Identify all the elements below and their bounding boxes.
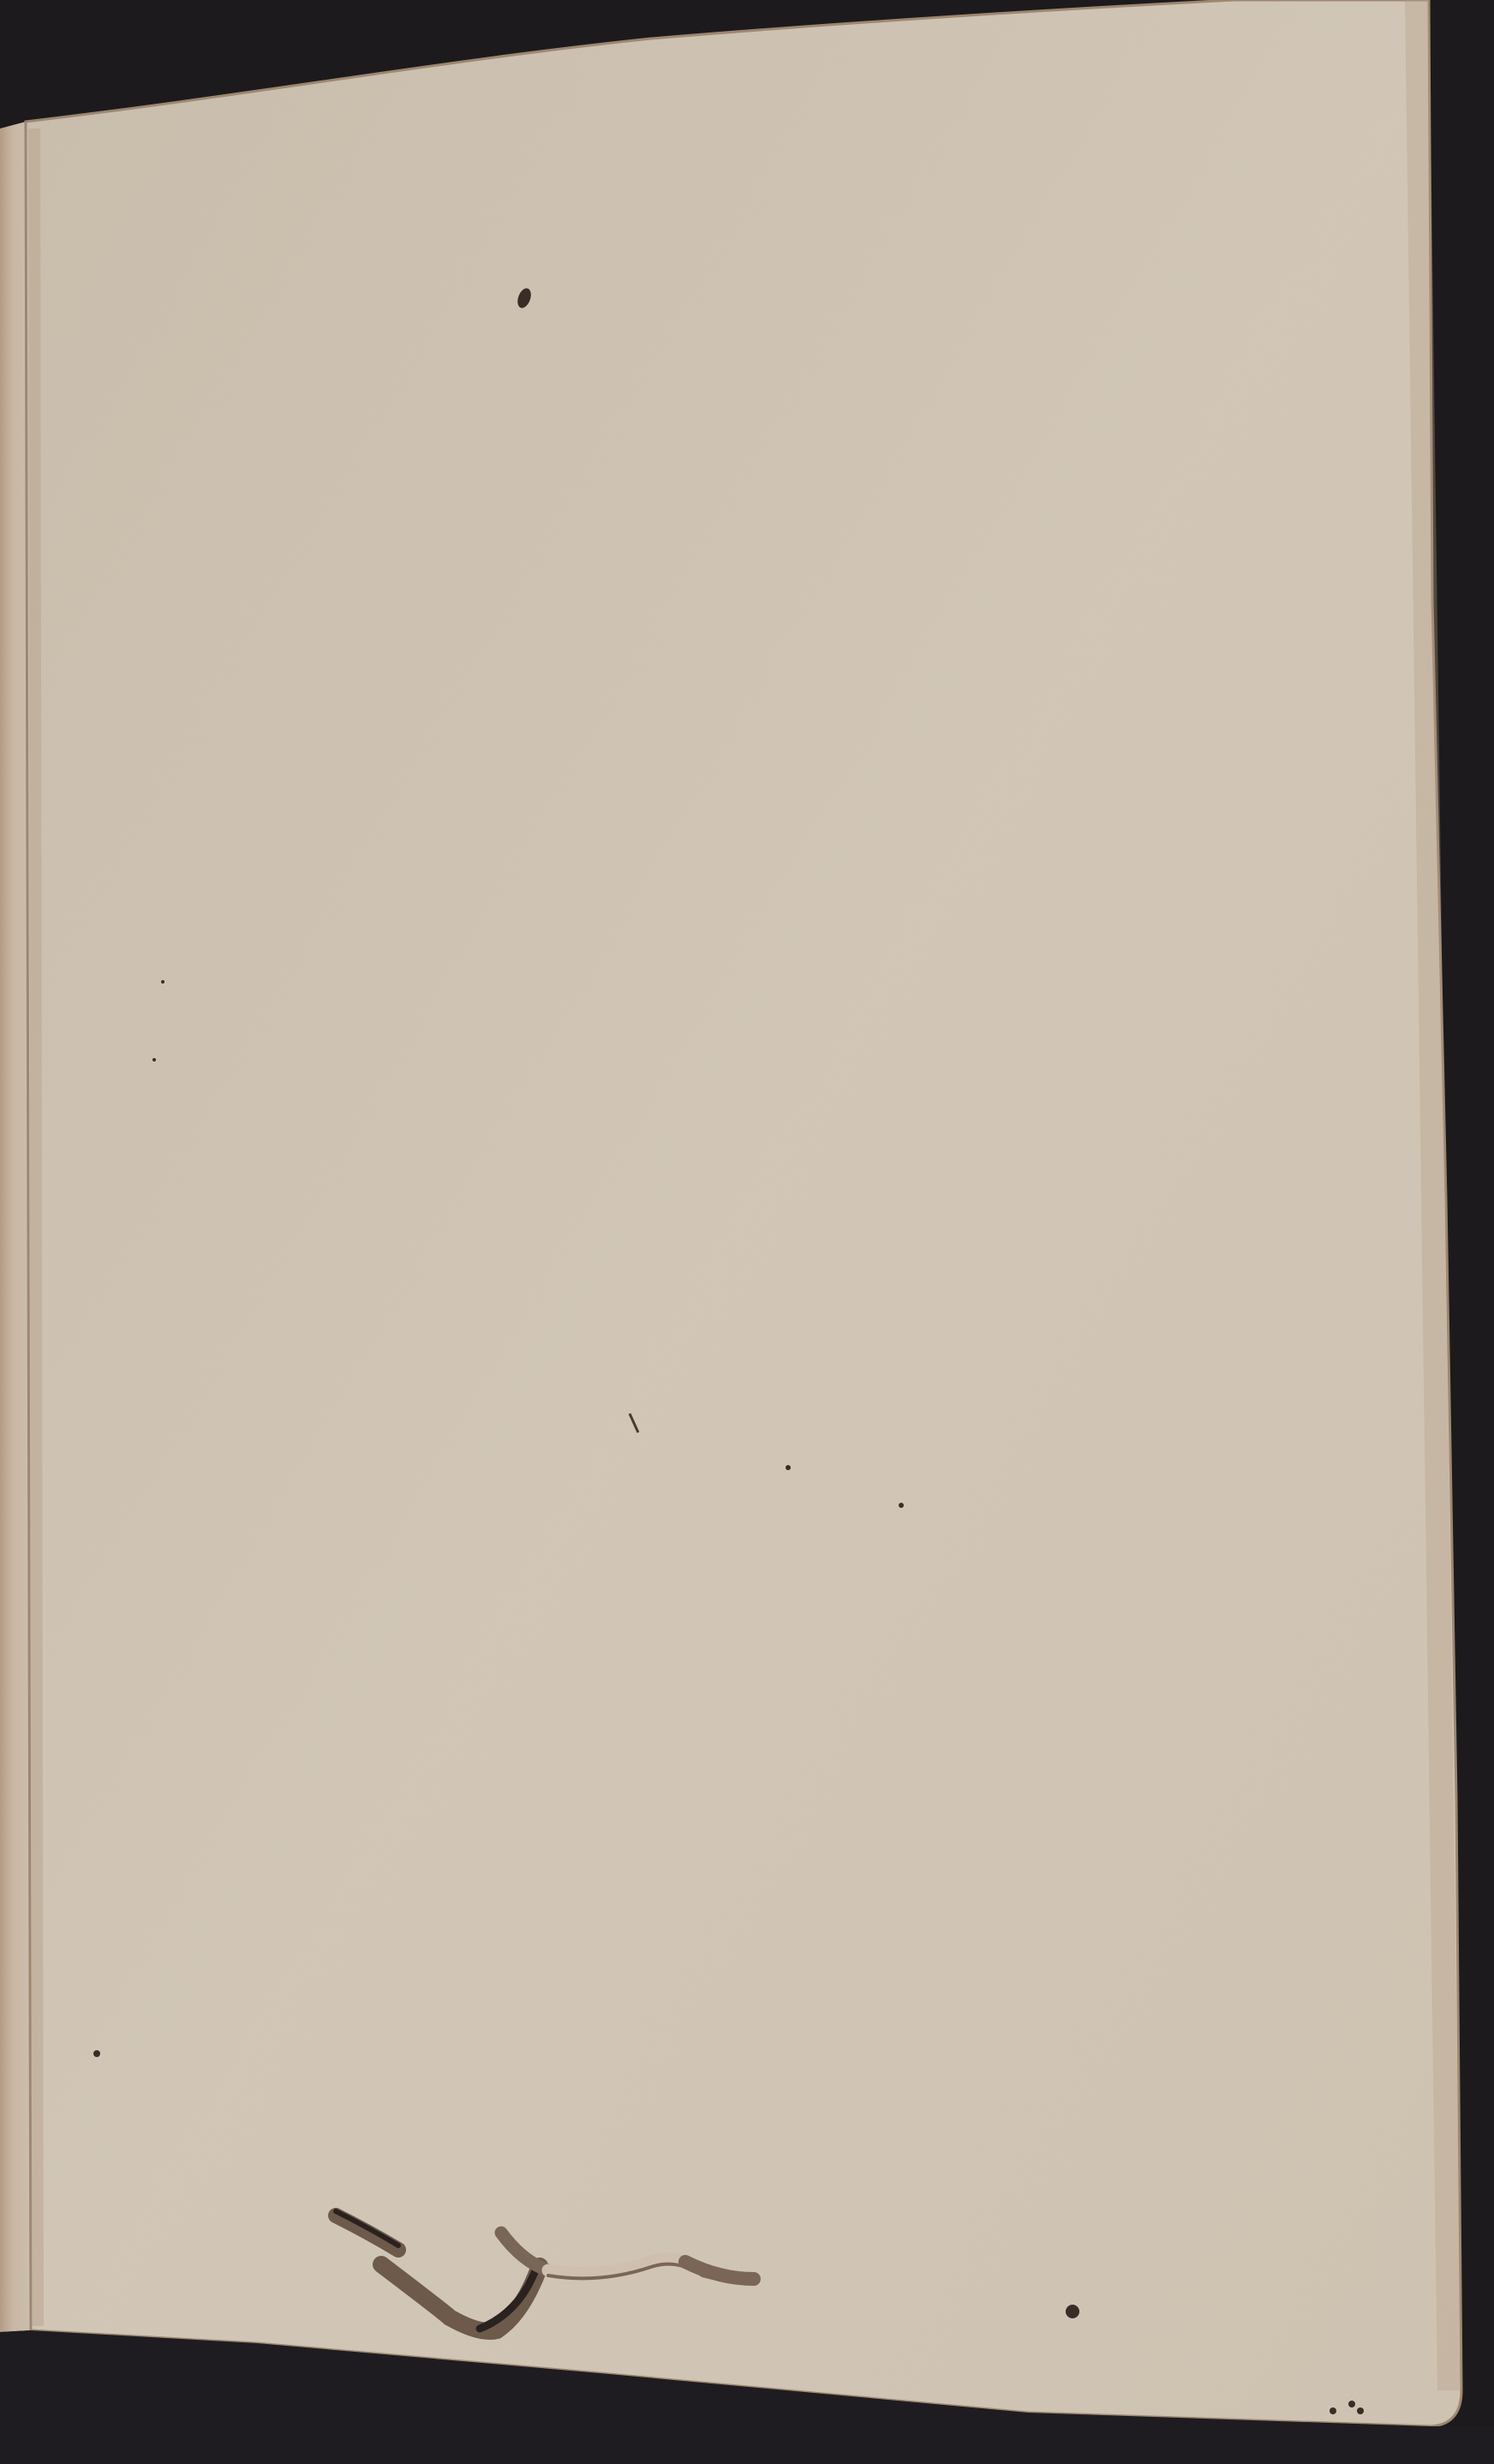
- gutter-shadow: [34, 129, 38, 2326]
- book-page-photo: [0, 0, 1494, 2464]
- photo-scene: [0, 0, 1494, 2464]
- paper-texture: [26, 0, 1461, 2426]
